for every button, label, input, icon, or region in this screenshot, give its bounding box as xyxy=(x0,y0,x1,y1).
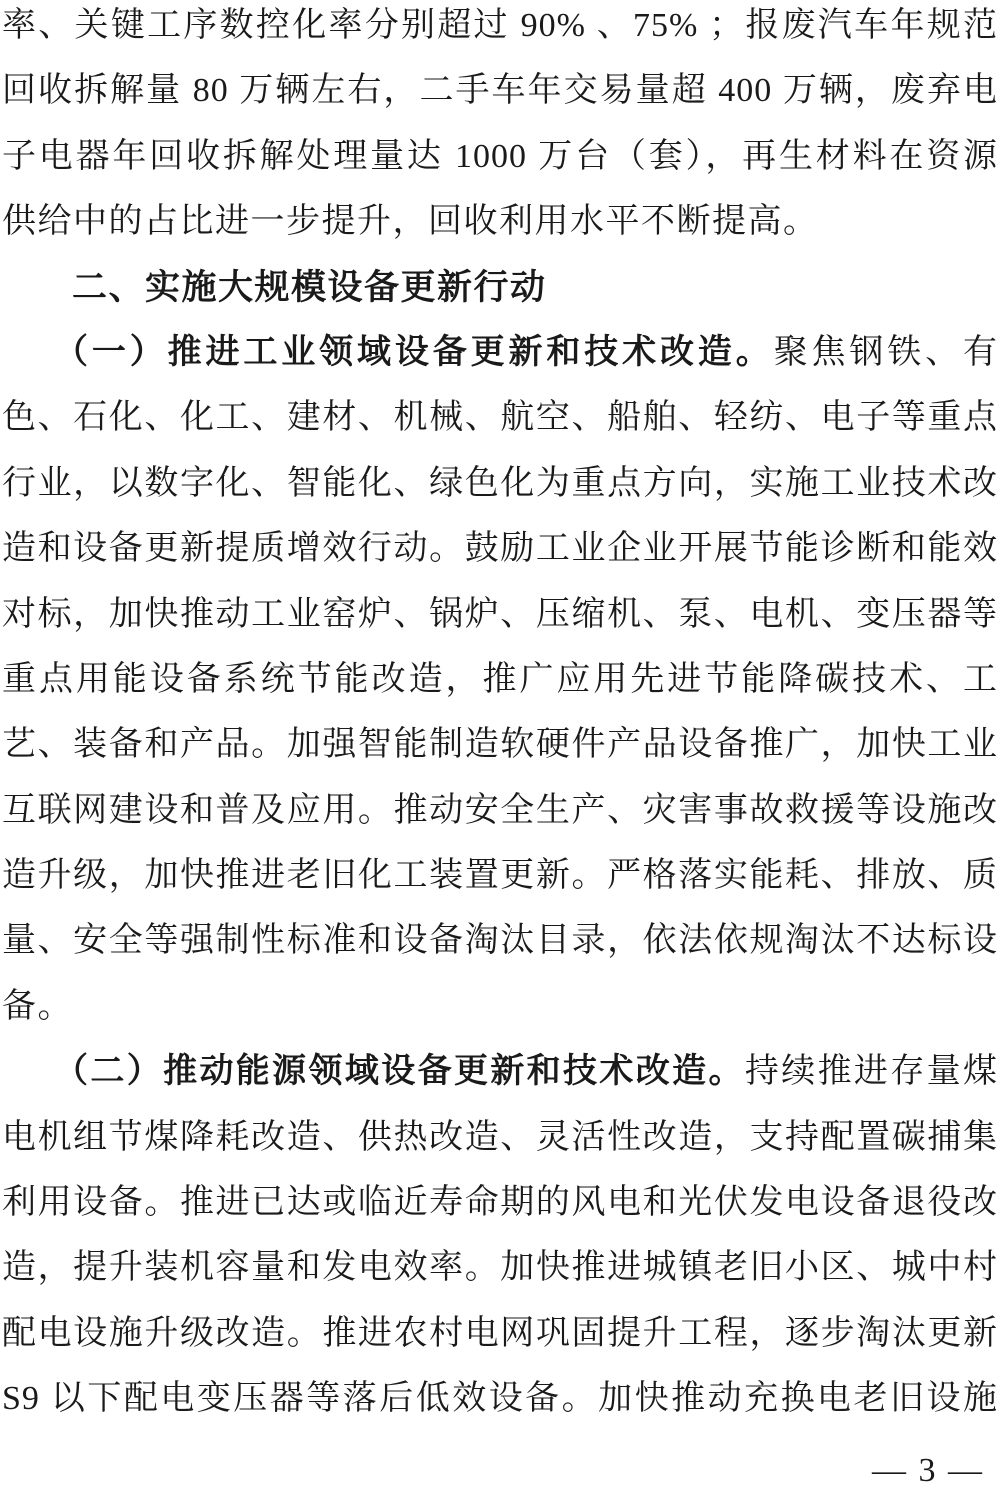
body-line: 利用设备。推进已达或临近寿命期的风电和光伏发电设备退役改 xyxy=(2,1170,998,1235)
body-line: 造和设备更新提质增效行动。鼓励工业企业开展节能诊断和能效 xyxy=(2,516,998,581)
body-line: 造，提升装机容量和发电效率。加快推进城镇老旧小区、城中村 xyxy=(2,1235,998,1300)
body-line: 色、石化、化工、建材、机械、航空、船舶、轻纺、电子等重点 xyxy=(2,385,998,450)
body-line: 重点用能设备系统节能改造，推广应用先进节能降碳技术、工 xyxy=(2,647,998,712)
subsection-1-title: （一）推进工业领域设备更新和技术改造。 xyxy=(54,334,774,371)
body-line: 行业，以数字化、智能化、绿色化为重点方向，实施工业技术改 xyxy=(2,451,998,516)
page-body: 率、关键工序数控化率分别超过 90% 、75% ；报废汽车年规范 回收拆解量 8… xyxy=(2,0,998,1432)
body-line: 互联网建设和普及应用。推动安全生产、灾害事故救援等设施改 xyxy=(2,778,998,843)
body-line: 率、关键工序数控化率分别超过 90% 、75% ；报废汽车年规范 xyxy=(2,0,998,58)
body-line: 电机组节煤降耗改造、供热改造、灵活性改造，支持配置碳捕集 xyxy=(2,1105,998,1170)
subsection-2-title: （二）推动能源领域设备更新和技术改造。 xyxy=(54,1053,745,1090)
body-line: 艺、装备和产品。加强智能制造软硬件产品设备推广，加快工业 xyxy=(2,712,998,777)
section-heading: 二、实施大规模设备更新行动 xyxy=(2,255,998,320)
body-line: （一）推进工业领域设备更新和技术改造。聚焦钢铁、有 xyxy=(2,320,998,385)
body-line: 备。 xyxy=(2,974,998,1039)
page-number: — 3 — xyxy=(872,1447,984,1495)
body-line: 配电设施升级改造。推进农村电网巩固提升工程，逐步淘汰更新 xyxy=(2,1301,998,1366)
document-page: 率、关键工序数控化率分别超过 90% 、75% ；报废汽车年规范 回收拆解量 8… xyxy=(0,0,1000,1503)
body-line: 量、安全等强制性标准和设备淘汰目录，依法依规淘汰不达标设 xyxy=(2,908,998,973)
body-line: S9 以下配电变压器等落后低效设备。加快推动充换电老旧设施 xyxy=(2,1366,998,1431)
body-line: 供给中的占比进一步提升，回收利用水平不断提高。 xyxy=(2,189,998,254)
body-line: 子电器年回收拆解处理量达 1000 万台（套），再生材料在资源 xyxy=(2,124,998,189)
body-line: 回收拆解量 80 万辆左右，二手车年交易量超 400 万辆，废弃电 xyxy=(2,58,998,123)
body-line: 造升级，加快推进老旧化工装置更新。严格落实能耗、排放、质 xyxy=(2,843,998,908)
body-text-run: 聚焦钢铁、有 xyxy=(774,334,998,371)
body-line: 对标，加快推动工业窑炉、锅炉、压缩机、泵、电机、变压器等 xyxy=(2,582,998,647)
body-line: （二）推动能源领域设备更新和技术改造。持续推进存量煤 xyxy=(2,1039,998,1104)
body-text-run: 持续推进存量煤 xyxy=(745,1053,998,1090)
